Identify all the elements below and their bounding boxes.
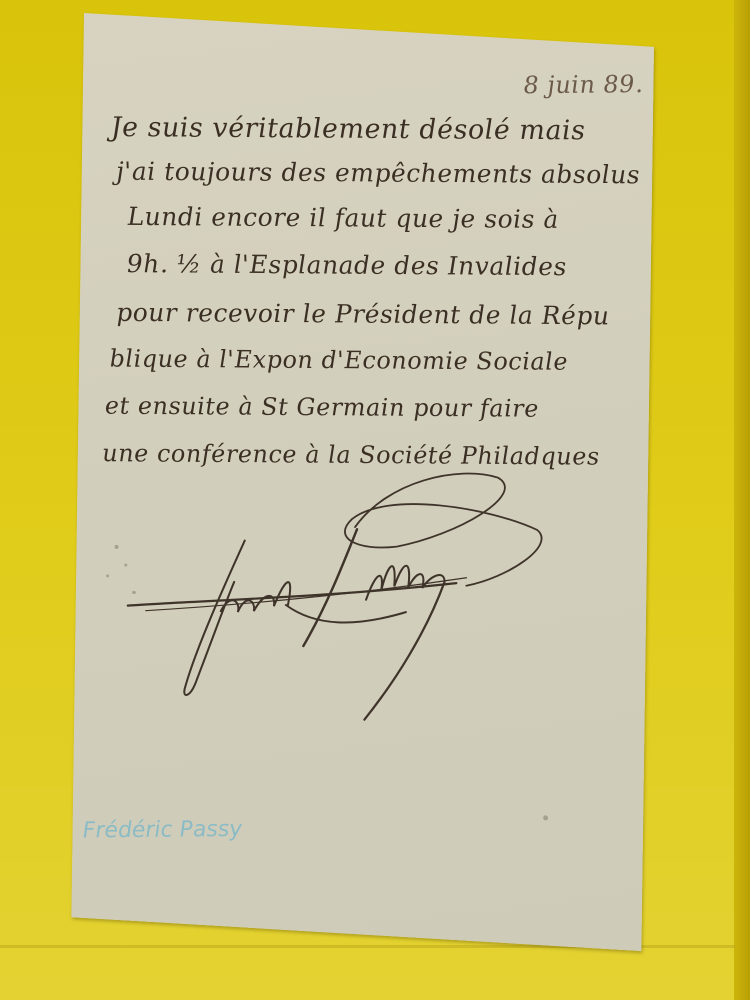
foxing-spot bbox=[132, 591, 136, 594]
letter-line-1: Je suis véritablement désolé mais bbox=[110, 112, 586, 146]
foxing-spot bbox=[106, 574, 109, 577]
letter-line-3: Lundi encore il faut que je sois à bbox=[127, 202, 559, 234]
foxing-spot bbox=[115, 545, 119, 549]
foxing-spot bbox=[124, 563, 127, 566]
foxing-spot bbox=[543, 815, 548, 820]
pencil-annotation: Frédéric Passy bbox=[82, 817, 243, 844]
letter-line-2: j'ai toujours des empêchements absolus bbox=[116, 157, 641, 190]
letter-line-5: pour recevoir le Président de la Répu bbox=[116, 298, 610, 330]
signature-flourish: Frédéric Passy bbox=[124, 446, 548, 741]
letter-card: 8 juin 89. Je suis véritablement désolé … bbox=[71, 13, 654, 951]
letter-line-7: et ensuite à St Germain pour faire bbox=[104, 392, 539, 423]
letter-date: 8 juin 89. bbox=[523, 70, 644, 99]
letter-line-4: 9h. ½ à l'Esplanade des Invalides bbox=[126, 249, 567, 281]
backdrop-shadow bbox=[734, 0, 750, 1000]
letter-line-6: blique à l'Expon d'Economie Sociale bbox=[109, 345, 569, 376]
